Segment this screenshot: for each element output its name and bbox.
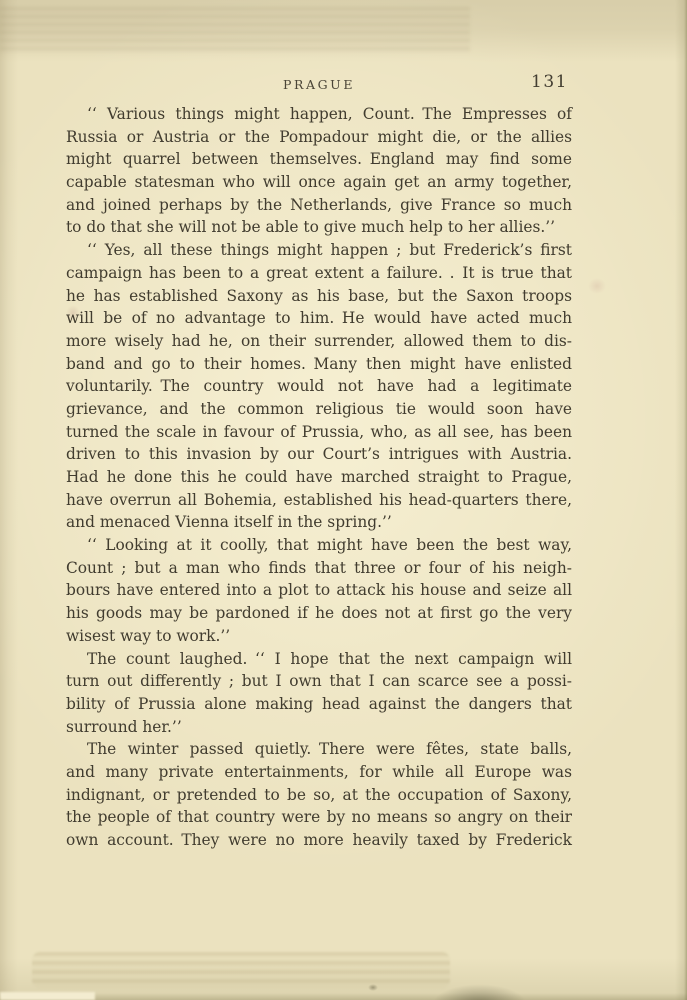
scan-smudge-bottom-edge: [368, 984, 378, 991]
text-line: his goods may be pardoned if he does not…: [66, 602, 572, 625]
scan-smudge-blob: [432, 984, 527, 1000]
text-line: bility of Prussia alone making head agai…: [66, 693, 572, 716]
text-line: the people of that country were by no me…: [66, 806, 572, 829]
text-line: and many private entertainments, for whi…: [66, 761, 572, 784]
paragraph: ‘‘ Various things might happen, Count. T…: [66, 103, 572, 239]
text-line: grievance, and the common religious tie …: [66, 398, 572, 421]
text-line: indignant, or pretended to be so, at the…: [66, 784, 572, 807]
text-line: turn out differently ; but I own that I …: [66, 670, 572, 693]
text-line: to do that she will not be able to give …: [66, 216, 572, 239]
page-number: 131: [531, 72, 568, 92]
text-line: will be of no advantage to him. He would…: [66, 307, 572, 330]
text-line: Russia or Austria or the Pompadour might…: [66, 126, 572, 149]
scanned-book-page: PRAGUE 131 ‘‘ Various things might happe…: [0, 0, 687, 1000]
text-line: The count laughed. ‘‘ I hope that the ne…: [66, 648, 572, 671]
paragraph: The count laughed. ‘‘ I hope that the ne…: [66, 648, 572, 739]
text-line: Had he done this he could have marched s…: [66, 466, 572, 489]
text-line: he has established Saxony as his base, b…: [66, 285, 572, 308]
scan-shadow-bottom: [32, 952, 450, 988]
text-block: ‘‘ Various things might happen, Count. T…: [66, 103, 572, 852]
text-line: band and go to their homes. Many then mi…: [66, 353, 572, 376]
page-header: PRAGUE 131: [66, 74, 572, 96]
scan-corner-highlight: [0, 992, 95, 1000]
text-line: wisest way to work.’’: [66, 625, 572, 648]
text-line: ‘‘ Various things might happen, Count. T…: [66, 103, 572, 126]
text-line: driven to this invasion by our Court’s i…: [66, 443, 572, 466]
text-line: The winter passed quietly. There were fê…: [66, 738, 572, 761]
text-line: turned the scale in favour of Prussia, w…: [66, 421, 572, 444]
scan-shadow-top: [0, 7, 470, 53]
paragraph: The winter passed quietly. There were fê…: [66, 738, 572, 851]
text-line: surround her.’’: [66, 716, 572, 739]
text-line: more wisely had he, on their surrender, …: [66, 330, 572, 353]
text-line: and menaced Vienna itself in the spring.…: [66, 511, 572, 534]
paragraph: ‘‘ Looking at it coolly, that might have…: [66, 534, 572, 647]
text-line: have overrun all Bohemia, established hi…: [66, 489, 572, 512]
running-title: PRAGUE: [283, 77, 355, 92]
text-line: own account. They were no more heavily t…: [66, 829, 572, 852]
text-line: and joined perhaps by the Netherlands, g…: [66, 194, 572, 217]
text-line: Count ; but a man who finds that three o…: [66, 557, 572, 580]
scan-smudge-right-margin: [588, 278, 606, 294]
text-line: might quarrel between themselves. Englan…: [66, 148, 572, 171]
paragraph: ‘‘ Yes, all these things might happen ; …: [66, 239, 572, 534]
text-line: capable statesman who will once again ge…: [66, 171, 572, 194]
text-line: ‘‘ Yes, all these things might happen ; …: [66, 239, 572, 262]
text-line: bours have entered into a plot to attack…: [66, 579, 572, 602]
text-line: campaign has been to a great extent a fa…: [66, 262, 572, 285]
text-line: voluntarily. The country would not have …: [66, 375, 572, 398]
text-line: ‘‘ Looking at it coolly, that might have…: [66, 534, 572, 557]
